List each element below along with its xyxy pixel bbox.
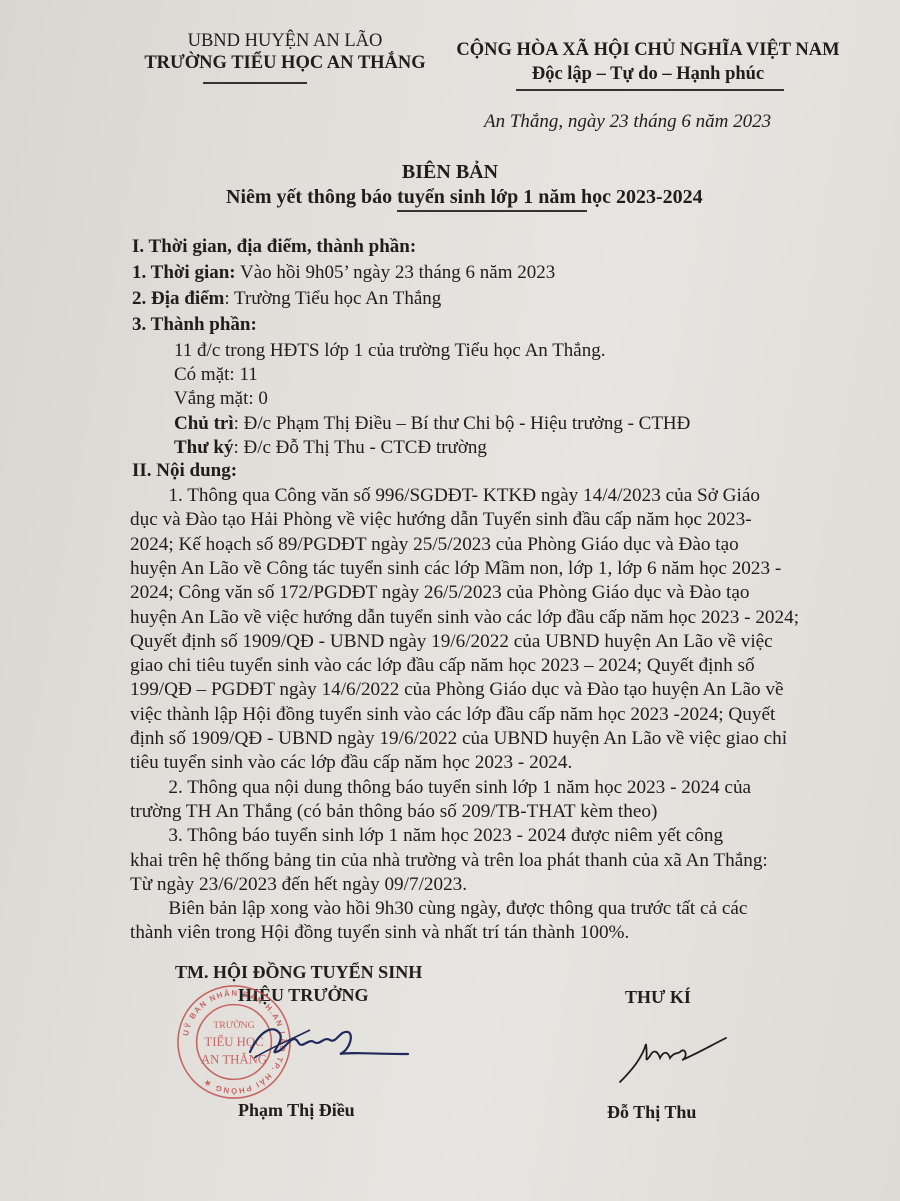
document-title: BIÊN BẢN (0, 161, 900, 184)
motto-underline (516, 89, 784, 91)
content-line: thành viên trong Hội đồng tuyển sinh và … (130, 922, 629, 944)
content-line: tiêu tuyển sinh vào các lớp đầu cấp năm … (130, 752, 572, 774)
left-sign-name: Phạm Thị Điều (238, 1100, 355, 1121)
time-label: 1. Thời gian: (132, 262, 236, 283)
secretary-signature-icon (610, 1030, 740, 1090)
issuer-parent: UBND HUYỆN AN LÃO (135, 30, 435, 52)
content-line: 2024; Công văn số 172/PGDĐT ngày 26/5/20… (130, 582, 749, 604)
issuer-underline (203, 82, 307, 84)
content-line: dục và Đào tạo Hải Phòng về việc hướng d… (130, 509, 752, 531)
secretary-value: : Đ/c Đỗ Thị Thu - CTCĐ trường (233, 437, 486, 458)
place-value: : Trường Tiểu học An Thắng (224, 288, 441, 309)
section-2-heading: II. Nội dung: (132, 460, 237, 482)
members-label: 3. Thành phần: (132, 314, 257, 336)
subtitle-underline (397, 210, 587, 212)
content-line: 1. Thông qua Công văn số 996/SGDĐT- KTKĐ… (130, 485, 760, 507)
place-label: 2. Địa điểm (132, 288, 224, 309)
place-date: An Thắng, ngày 23 tháng 6 năm 2023 (484, 111, 771, 133)
right-sign-title: THƯ KÍ (625, 987, 691, 1008)
chair-label: Chủ trì (174, 413, 234, 434)
content-line: huyện An Lão về việc hướng dẫn tuyển sin… (130, 607, 799, 629)
absent-count: Vắng mặt: 0 (174, 388, 268, 410)
issuer-name: TRƯỜNG TIỂU HỌC AN THẮNG (135, 52, 435, 74)
chair-value: : Đ/c Phạm Thị Điều – Bí thư Chi bộ - Hi… (234, 413, 691, 434)
chair-row: Chủ trì: Đ/c Phạm Thị Điều – Bí thư Chi … (174, 413, 690, 435)
content-line: 2. Thông qua nội dung thông báo tuyển si… (130, 777, 751, 799)
time-row: 1. Thời gian: Vào hồi 9h05’ ngày 23 thán… (132, 262, 555, 284)
content-line: huyện An Lão về Công tác tuyển sinh các … (130, 558, 781, 580)
content-line: 199/QĐ – PGDĐT ngày 14/6/2022 của Phòng … (130, 679, 784, 701)
content-line: khai trên hệ thống bảng tin của nhà trườ… (130, 850, 768, 872)
time-value: Vào hồi 9h05’ ngày 23 tháng 6 năm 2023 (236, 262, 556, 283)
right-sign-name: Đỗ Thị Thu (607, 1102, 696, 1123)
present-count: Có mặt: 11 (174, 364, 258, 386)
secretary-label: Thư ký (174, 437, 233, 458)
document-page: UBND HUYỆN AN LÃO TRƯỜNG TIỂU HỌC AN THẮ… (0, 0, 900, 1201)
content-line: Từ ngày 23/6/2023 đến hết ngày 09/7/2023… (130, 874, 467, 896)
left-sign-org: TM. HỘI ĐỒNG TUYỂN SINH (175, 962, 422, 983)
principal-signature-icon (240, 1010, 420, 1070)
motto: Độc lập – Tự do – Hạnh phúc (438, 62, 858, 86)
content-line: việc thành lập Hội đồng tuyển sinh vào c… (130, 704, 775, 726)
content-line: giao chi tiêu tuyển sinh vào các lớp đầu… (130, 655, 755, 677)
nation-name: CỘNG HÒA XÃ HỘI CHỦ NGHĨA VIỆT NAM (438, 38, 858, 62)
content-line: trường TH An Thắng (có bản thông báo số … (130, 801, 657, 823)
national-heading: CỘNG HÒA XÃ HỘI CHỦ NGHĨA VIỆT NAM Độc l… (438, 38, 858, 86)
members-line: 11 đ/c trong HĐTS lớp 1 của trường Tiểu … (174, 340, 605, 362)
content-line: Biên bản lập xong vào hồi 9h30 cùng ngày… (130, 898, 747, 920)
document-subtitle: Niêm yết thông báo tuyển sinh lớp 1 năm … (226, 186, 703, 209)
secretary-row: Thư ký: Đ/c Đỗ Thị Thu - CTCĐ trường (174, 437, 487, 459)
section-1-heading: I. Thời gian, địa điểm, thành phần: (132, 236, 416, 258)
place-row: 2. Địa điểm: Trường Tiểu học An Thắng (132, 288, 441, 310)
issuer-block: UBND HUYỆN AN LÃO TRƯỜNG TIỂU HỌC AN THẮ… (135, 30, 435, 74)
content-line: 3. Thông báo tuyển sinh lớp 1 năm học 20… (130, 825, 723, 847)
content-line: 2024; Kế hoạch số 89/PGDĐT ngày 25/5/202… (130, 534, 739, 556)
content-line: định số 1909/QĐ - UBND ngày 19/6/2022 củ… (130, 728, 787, 750)
content-line: Quyết định số 1909/QĐ - UBND ngày 19/6/2… (130, 631, 773, 653)
